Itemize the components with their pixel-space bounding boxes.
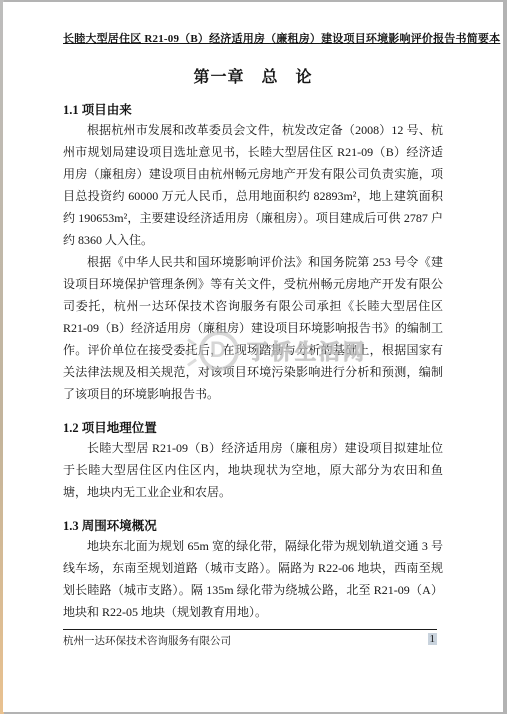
chapter-title: 第一章 总 论 [63, 64, 443, 87]
report-page: 长睦大型居住区 R21-09（B）经济适用房（廉租房）建设项目环境影响评价报告书… [3, 2, 503, 712]
page-footer: 杭州一达环保技术咨询服务有限公司 1 [63, 629, 437, 648]
section-1-1: 1.1 项目由来 根据杭州市发展和改革委员会文件，杭发改定备（2008）12 号… [63, 100, 443, 405]
footer-company-name: 杭州一达环保技术咨询服务有限公司 [63, 633, 231, 648]
page-content: 长睦大型居住区 R21-09（B）经济适用房（廉租房）建设项目环境影响评价报告书… [3, 2, 503, 712]
section-heading-1-2: 1.2 项目地理位置 [63, 418, 443, 436]
paragraph-project-origin-2: 根据《中华人民共和国环境影响评价法》和国务院第 253 号令《建设项目环境保护管… [63, 251, 443, 405]
running-header-title: 长睦大型居住区 R21-09（B）经济适用房（廉租房）建设项目环境影响评价报告书… [63, 30, 443, 46]
section-heading-1-1: 1.1 项目由来 [63, 100, 443, 118]
document-viewer: 长睦大型居住区 R21-09（B）经济适用房（廉租房）建设项目环境影响评价报告书… [0, 0, 507, 714]
paragraph-project-origin-1: 根据杭州市发展和改革委员会文件，杭发改定备（2008）12 号、杭州市规划局建设… [63, 119, 443, 251]
section-1-3: 1.3 周围环境概况 地块东北面为规划 65m 宽的绿化带，隔绿化带为规划轨道交… [63, 516, 443, 623]
section-heading-1-3: 1.3 周围环境概况 [63, 516, 443, 534]
page-number: 1 [428, 633, 438, 645]
paragraph-surroundings: 地块东北面为规划 65m 宽的绿化带，隔绿化带为规划轨道交通 3 号线车场，东南… [63, 535, 443, 623]
paragraph-location: 长睦大型居 R21-09（B）经济适用房（廉租房）建设项目拟建址位于长睦大型居住… [63, 437, 443, 503]
section-1-2: 1.2 项目地理位置 长睦大型居 R21-09（B）经济适用房（廉租房）建设项目… [63, 418, 443, 503]
